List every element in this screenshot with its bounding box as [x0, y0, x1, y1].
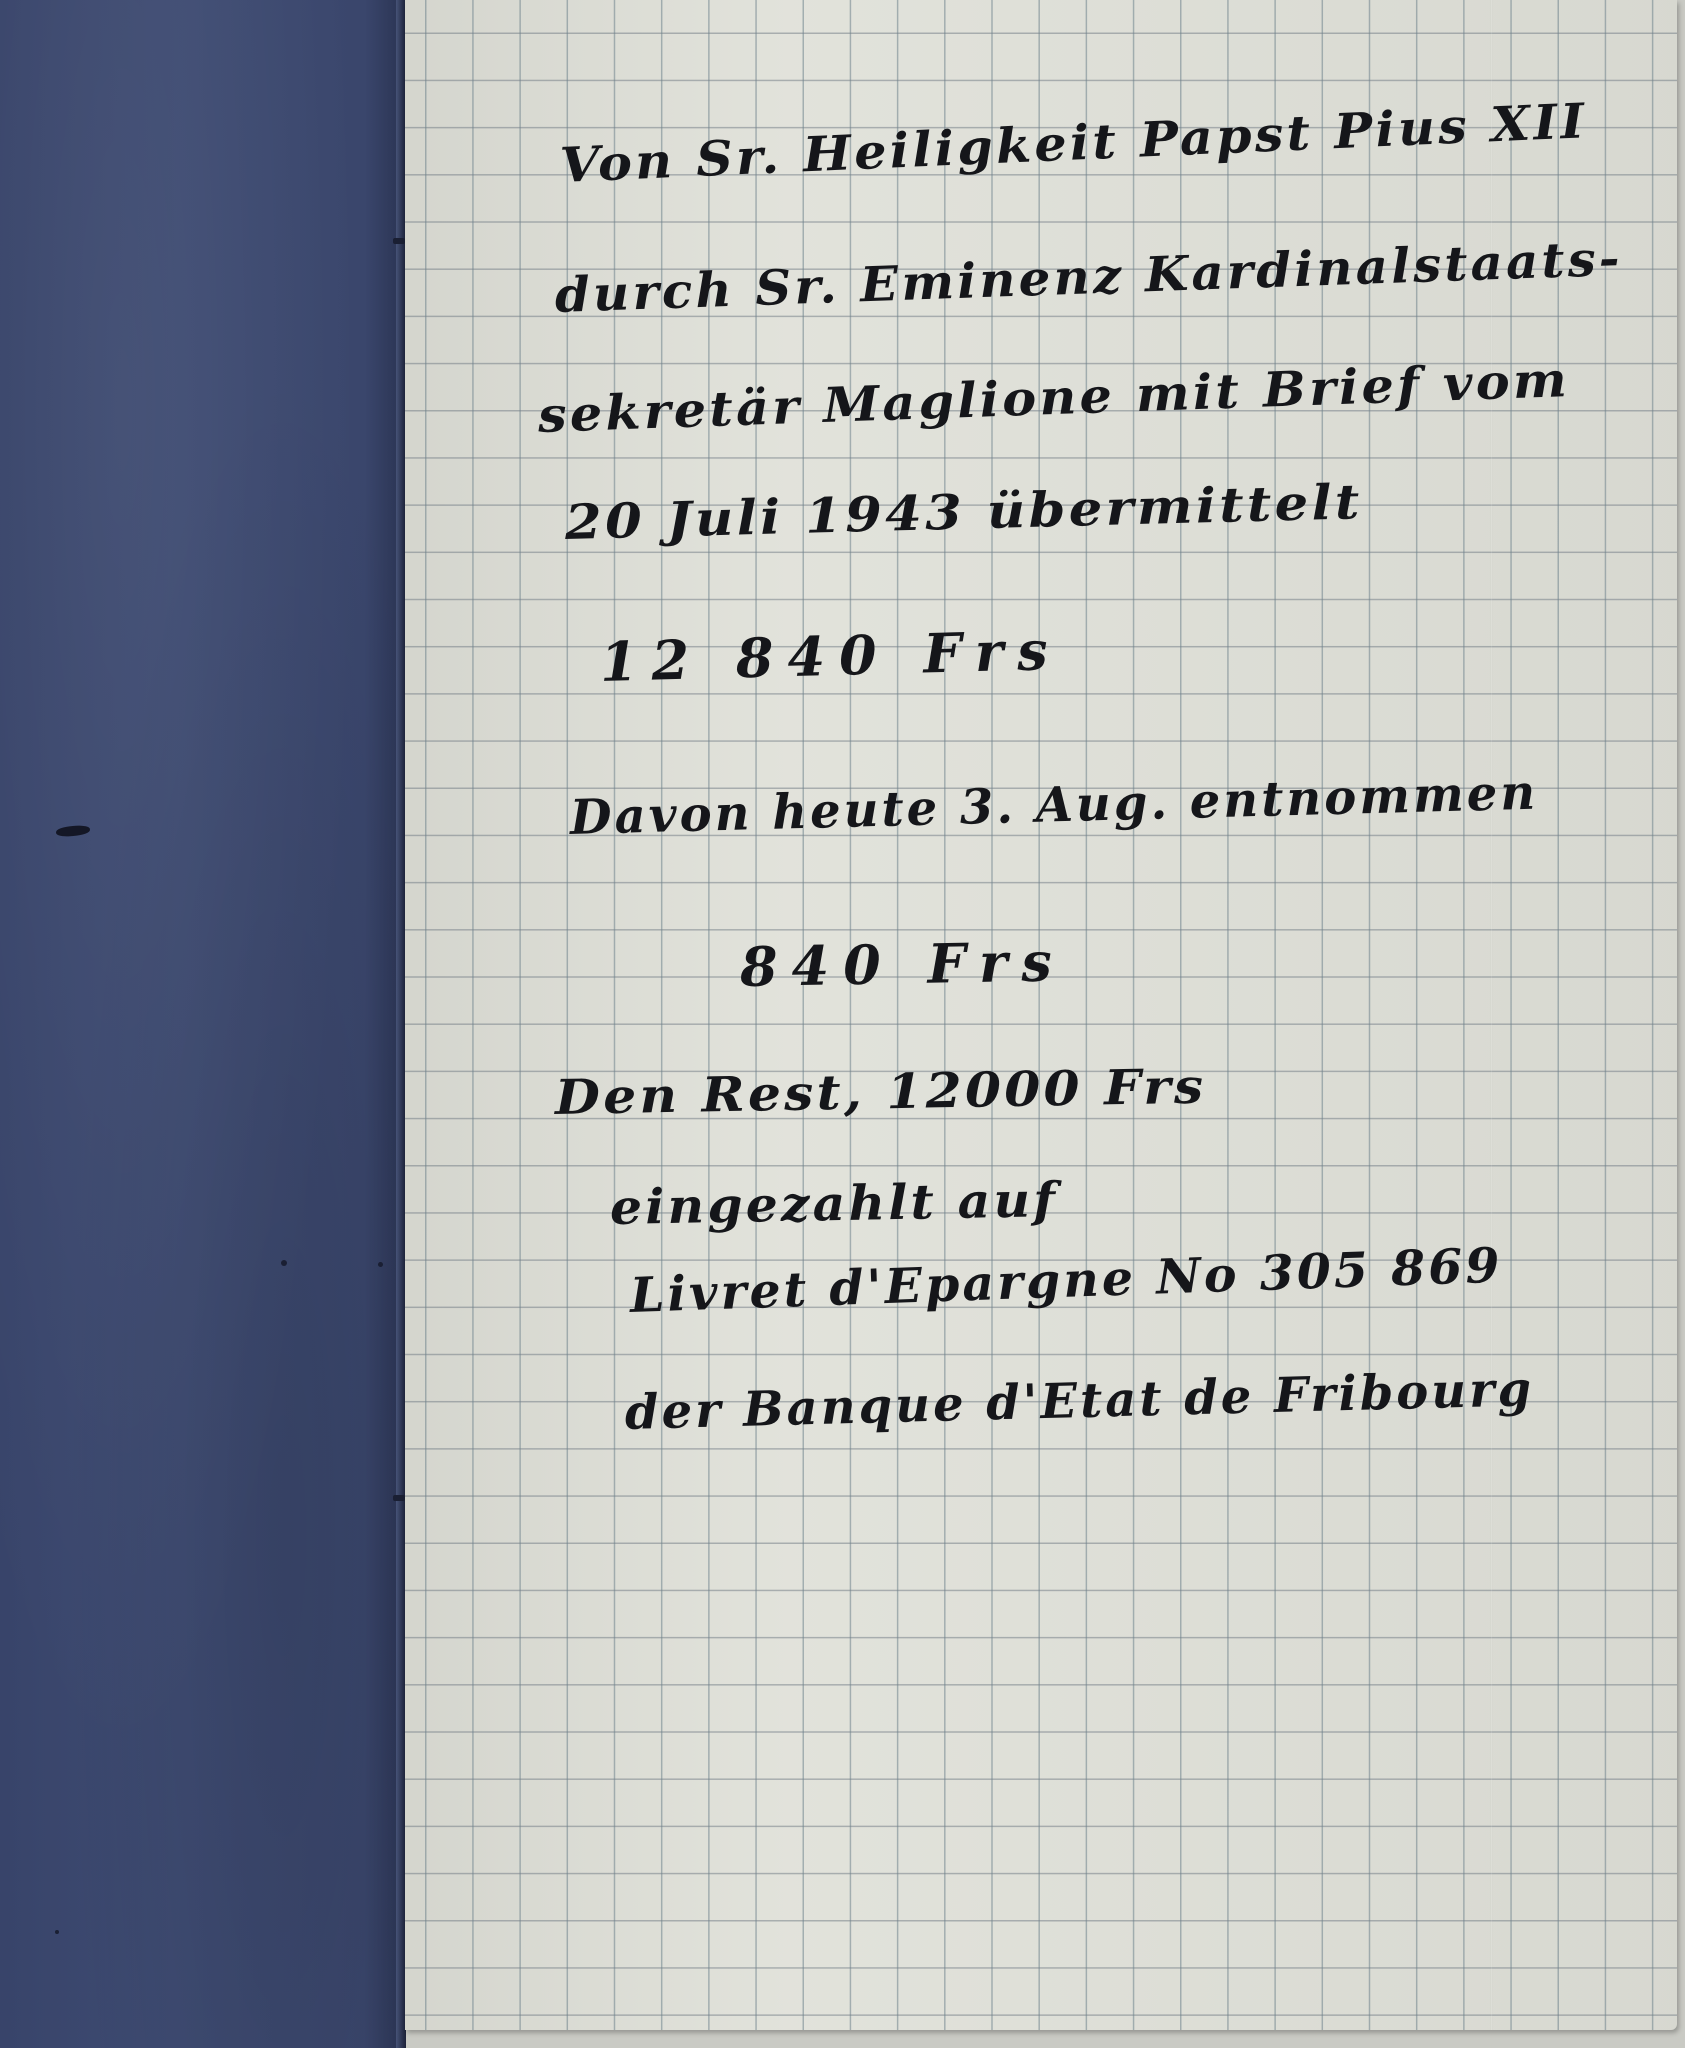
staple-notch — [393, 238, 405, 244]
staple-notch — [393, 1495, 405, 1501]
paper-fold-line — [1490, 0, 1493, 2030]
cover-dot — [281, 1260, 287, 1266]
cover-ink-mark — [56, 825, 91, 837]
handwritten-line-9: eingezahlt auf — [610, 1172, 1059, 1236]
cover-dot — [378, 1262, 383, 1267]
notebook-cover — [0, 0, 405, 2048]
cover-dot — [55, 1930, 59, 1934]
handwritten-line-8: Den Rest, 12000 Frs — [555, 1059, 1207, 1126]
amount-withdrawn: 840 Frs — [739, 929, 1066, 999]
amount-total: 12 840 Frs — [599, 618, 1062, 694]
